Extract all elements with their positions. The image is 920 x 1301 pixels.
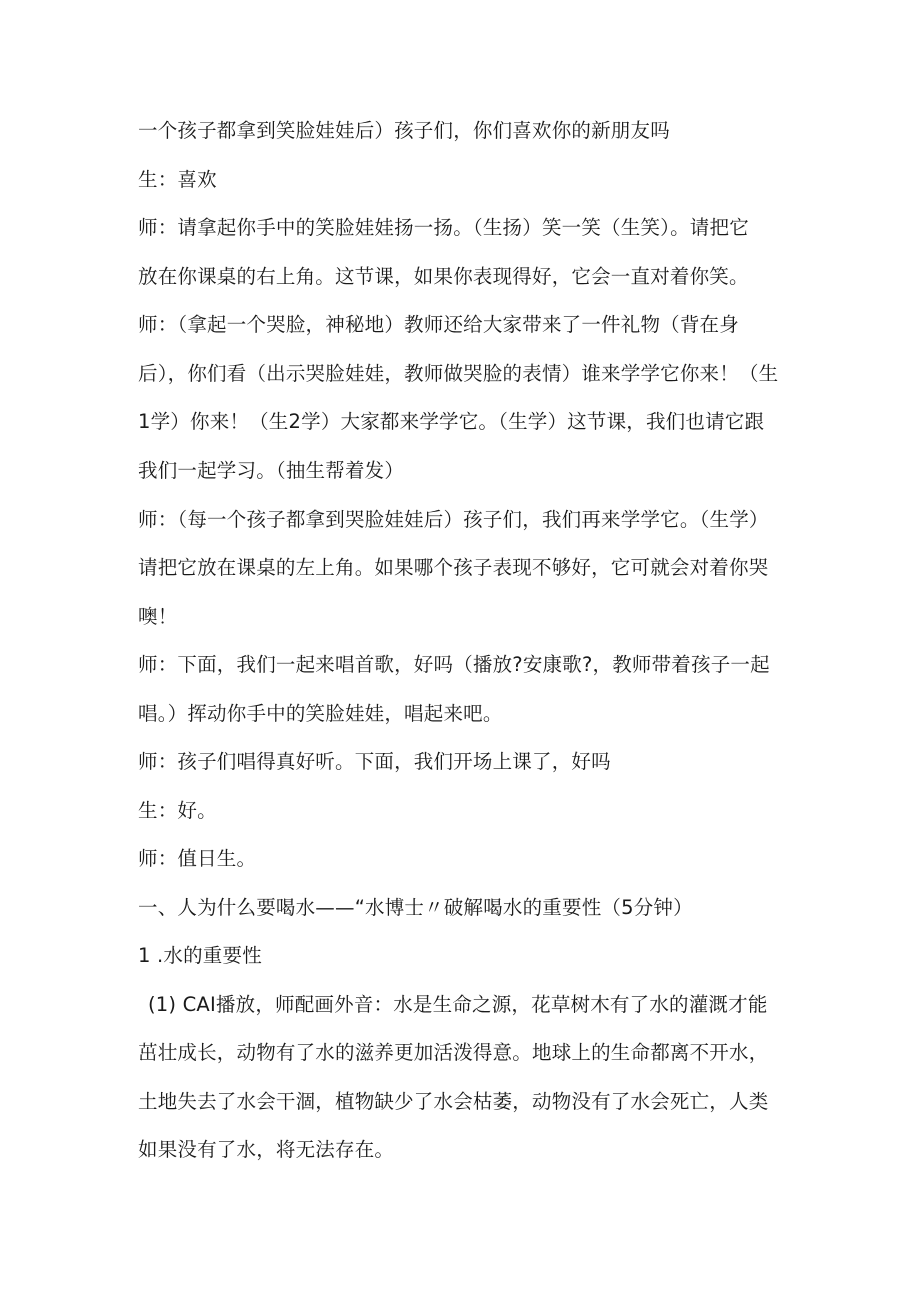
text-line: 师：（拿起一个哭脸，神秘地）教师还给大家带来了一件礼物（背在身	[138, 313, 798, 337]
text-line: 一个孩子都拿到笑脸娃娃后）孩子们，你们喜欢你的新朋友吗	[138, 119, 798, 143]
text-line: 生：好。	[138, 799, 798, 823]
text-line: 噢！	[138, 605, 798, 629]
text-line: 茁壮成长，动物有了水的滋养更加活泼得意。地球上的生命都离不开水，	[138, 1041, 798, 1065]
text-line: 唱。）挥动你手中的笑脸娃娃，唱起来吧。	[138, 702, 798, 726]
text-line: 1学）你来！（生2学）大家都来学学它。（生学）这节课，我们也请它跟	[138, 410, 798, 434]
text-line: 放在你课桌的右上角。这节课，如果你表现得好，它会一直对着你笑。	[138, 265, 798, 289]
text-line: 师：孩子们唱得真好听。下面，我们开场上课了，好吗	[138, 750, 798, 774]
text-line: 后），你们看（出示哭脸娃娃，教师做哭脸的表情）谁来学学它你来！（生	[138, 362, 798, 386]
text-line: 师：（每一个孩子都拿到哭脸娃娃后）孩子们，我们再来学学它。（生学）	[138, 508, 798, 532]
text-line: 土地失去了水会干涸，植物缺少了水会枯萎，动物没有了水会死亡，人类	[138, 1090, 798, 1114]
text-line: 生：喜欢	[138, 168, 798, 192]
text-line: 如果没有了水，将无法存在。	[138, 1138, 798, 1162]
text-line: 师：值日生。	[138, 847, 798, 871]
text-line: 我们一起学习。（抽生帮着发）	[138, 459, 798, 483]
document-page: 一个孩子都拿到笑脸娃娃后）孩子们，你们喜欢你的新朋友吗 生：喜欢 师：请拿起你手…	[0, 0, 920, 1301]
subsection-heading: 1 .水的重要性	[138, 944, 798, 968]
text-line: (1) CAI播放，师配画外音：水是生命之源，花草树木有了水的灌溉才能	[148, 993, 808, 1017]
text-line: 师：下面，我们一起来唱首歌，好吗（播放?安康歌?，教师带着孩子一起	[138, 653, 798, 677]
text-line: 师：请拿起你手中的笑脸娃娃扬一扬。（生扬）笑一笑（生笑）。请把它	[138, 216, 798, 240]
section-heading: 一、人为什么要喝水——“水博士〃破解喝水的重要性（5分钟）	[138, 896, 798, 920]
text-line: 请把它放在课桌的左上角。如果哪个孩子表现不够好，它可就会对着你哭	[138, 556, 798, 580]
